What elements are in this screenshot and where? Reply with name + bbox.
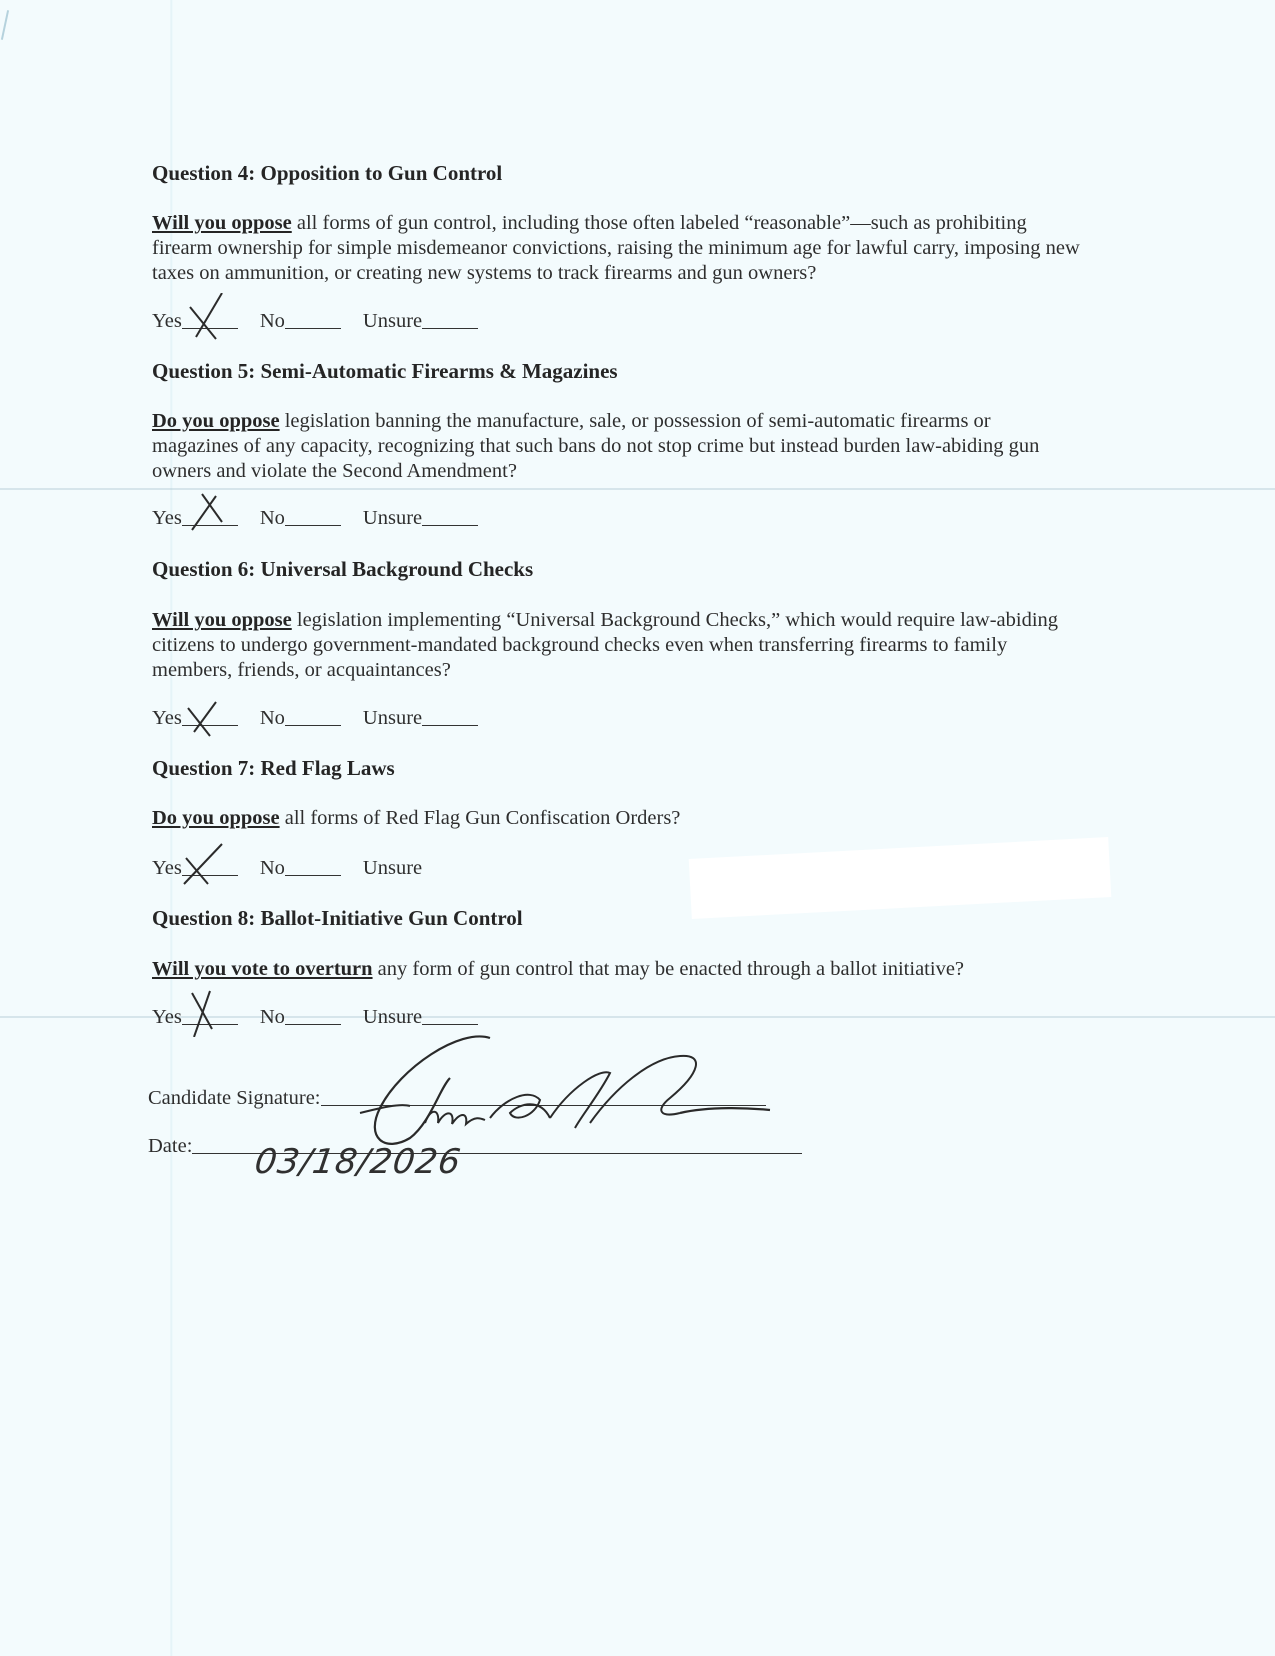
question-6-title: Question 6: Universal Background Checks [152,557,533,582]
question-7-lead: Do you oppose [152,807,280,829]
answer-unsure[interactable]: Unsure [363,1006,478,1029]
question-5-title: Question 5: Semi-Automatic Firearms & Ma… [152,359,618,384]
question-8-title: Question 8: Ballot-Initiative Gun Contro… [152,906,523,931]
answer-unsure[interactable]: Unsure [363,507,478,530]
question-7-text: Do you oppose all forms of Red Flag Gun … [152,806,1082,831]
question-6-answers: Yes No Unsure [152,707,478,730]
answer-no[interactable]: No [260,1006,341,1029]
question-8-lead: Will you vote to overturn [152,958,373,980]
question-4-body: all forms of gun control, including thos… [152,212,1080,284]
paper-fold-line [0,488,1275,490]
question-4-title: Question 4: Opposition to Gun Control [152,161,502,186]
answer-unsure[interactable]: Unsure [363,707,478,730]
question-8-body: any form of gun control that may be enac… [373,958,964,980]
question-4-lead: Will you oppose [152,212,292,234]
question-5-text: Do you oppose legislation banning the ma… [152,409,1082,484]
question-5-body: legislation banning the manufacture, sal… [152,410,1039,482]
question-6-text: Will you oppose legislation implementing… [152,608,1082,683]
answer-no[interactable]: No [260,857,341,880]
question-7-title: Question 7: Red Flag Laws [152,756,395,781]
question-8-text: Will you vote to overturn any form of gu… [152,957,1082,982]
question-4-text: Will you oppose all forms of gun control… [152,211,1082,286]
question-6-lead: Will you oppose [152,609,292,631]
answer-yes[interactable]: Yes [152,310,238,333]
date-label: Date: [148,1135,192,1158]
answer-unsure[interactable]: Unsure [363,857,422,880]
question-5-answers: Yes No Unsure [152,507,478,530]
answer-no[interactable]: No [260,507,341,530]
answer-no[interactable]: No [260,310,341,333]
answer-unsure[interactable]: Unsure [363,310,478,333]
answer-yes[interactable]: Yes [152,507,238,530]
question-4-answers: Yes No Unsure [152,310,478,333]
question-8-answers: Yes No Unsure [152,1006,478,1029]
date-row: Date: [148,1135,802,1158]
question-5-lead: Do you oppose [152,410,280,432]
answer-yes[interactable]: Yes [152,707,238,730]
answer-yes[interactable]: Yes [152,1006,238,1029]
signature-label: Candidate Signature: [148,1087,321,1110]
answer-yes[interactable]: Yes [152,857,238,880]
answer-no[interactable]: No [260,707,341,730]
question-7-answers: Yes No Unsure [152,857,422,880]
handwritten-date: 03/18/2026 [252,1142,464,1182]
question-7-body: all forms of Red Flag Gun Confiscation O… [280,807,681,829]
